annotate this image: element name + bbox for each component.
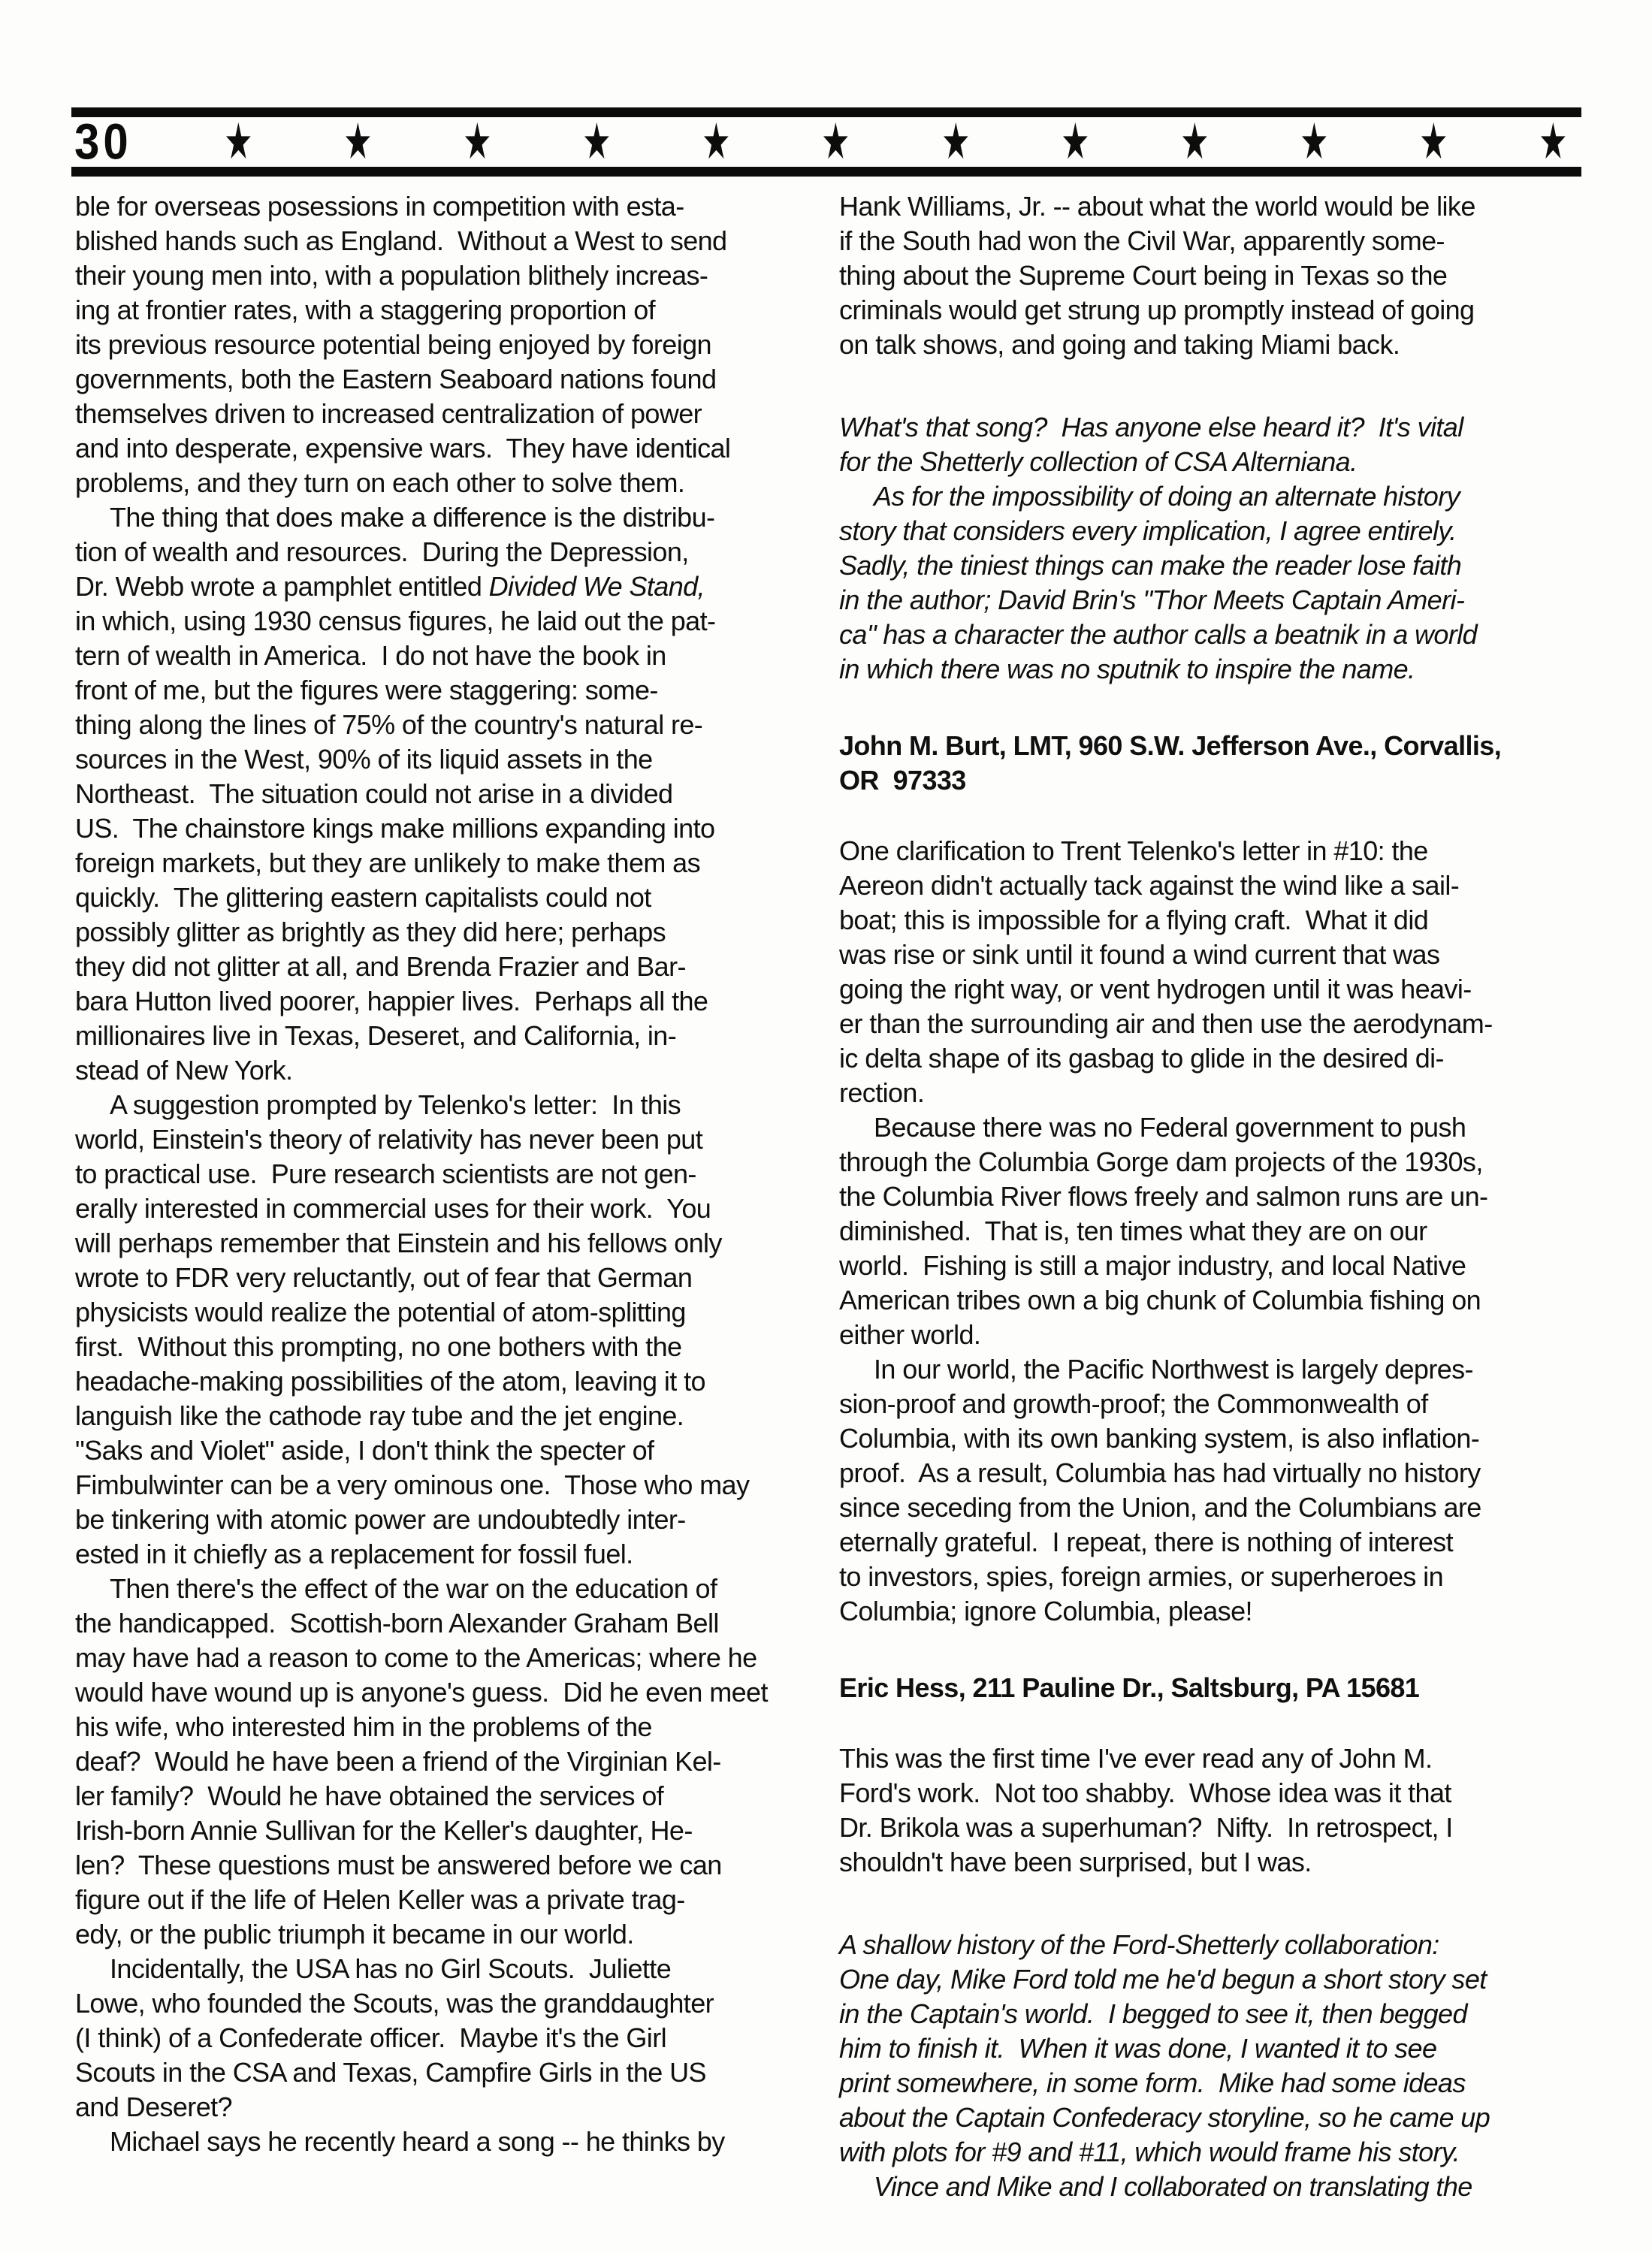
star-icon: ★	[224, 117, 252, 168]
paragraph-hank-williams: Hank Williams, Jr. -- about what the wor…	[839, 189, 1579, 362]
paragraph-michael-song: Michael says he recently heard a song --…	[75, 2125, 789, 2159]
paragraph-commonwealth-columbia: In our world, the Pacific Northwest is l…	[839, 1352, 1579, 1629]
right-column: Hank Williams, Jr. -- about what the wor…	[839, 189, 1579, 2204]
scanned-page: 30 ★★★★★★★★★★★★ ble for overseas posessi…	[0, 0, 1652, 2253]
star-icon: ★	[582, 117, 611, 168]
paragraph-columbia-river: Because there was no Federal government …	[839, 1110, 1579, 1352]
editor-note-song: What's that song? Has anyone else heard …	[839, 410, 1579, 479]
letter-heading-john-burt: John M. Burt, LMT, 960 S.W. Jefferson Av…	[839, 729, 1579, 798]
star-row-stars: ★★★★★★★★★★★★	[132, 122, 1581, 162]
paragraph-aereon: One clarification to Trent Telenko's let…	[839, 834, 1579, 1110]
page-header: 30 ★★★★★★★★★★★★	[71, 107, 1581, 177]
book-title-divided-we-stand: Divided We Stand,	[489, 571, 705, 602]
page-number: 30	[71, 116, 132, 167]
paragraph-continuation: ble for overseas posessions in competiti…	[75, 189, 789, 500]
paragraph-einstein: A suggestion prompted by Telenko's lette…	[75, 1088, 789, 1572]
left-column: ble for overseas posessions in competiti…	[75, 189, 789, 2159]
star-banner: 30 ★★★★★★★★★★★★	[71, 117, 1581, 167]
editor-note-ford-shetterly-cont: Vince and Mike and I collaborated on tra…	[839, 2170, 1579, 2204]
paragraph-girl-scouts: Incidentally, the USA has no Girl Scouts…	[75, 1952, 789, 2125]
star-icon: ★	[822, 117, 850, 168]
star-icon: ★	[702, 117, 731, 168]
star-icon: ★	[1300, 117, 1328, 168]
star-icon: ★	[1539, 117, 1567, 168]
paragraph-john-ford: This was the first time I've ever read a…	[839, 1741, 1579, 1880]
editor-note-alternate-history: As for the impossibility of doing an alt…	[839, 479, 1579, 687]
star-icon: ★	[343, 117, 372, 168]
paragraph-text: in which, using 1930 census figures, he …	[75, 606, 715, 1086]
star-icon: ★	[463, 117, 491, 168]
paragraph-wealth-distribution: The thing that does make a difference is…	[75, 500, 789, 1088]
editor-note-ford-shetterly: A shallow history of the Ford-Shetterly …	[839, 1928, 1579, 2170]
star-icon: ★	[1180, 117, 1209, 168]
star-icon: ★	[1419, 117, 1448, 168]
star-icon: ★	[1061, 117, 1089, 168]
paragraph-helen-keller: Then there's the effect of the war on th…	[75, 1572, 789, 1952]
letter-heading-eric-hess: Eric Hess, 211 Pauline Dr., Saltsburg, P…	[839, 1671, 1579, 1705]
star-icon: ★	[941, 117, 970, 168]
